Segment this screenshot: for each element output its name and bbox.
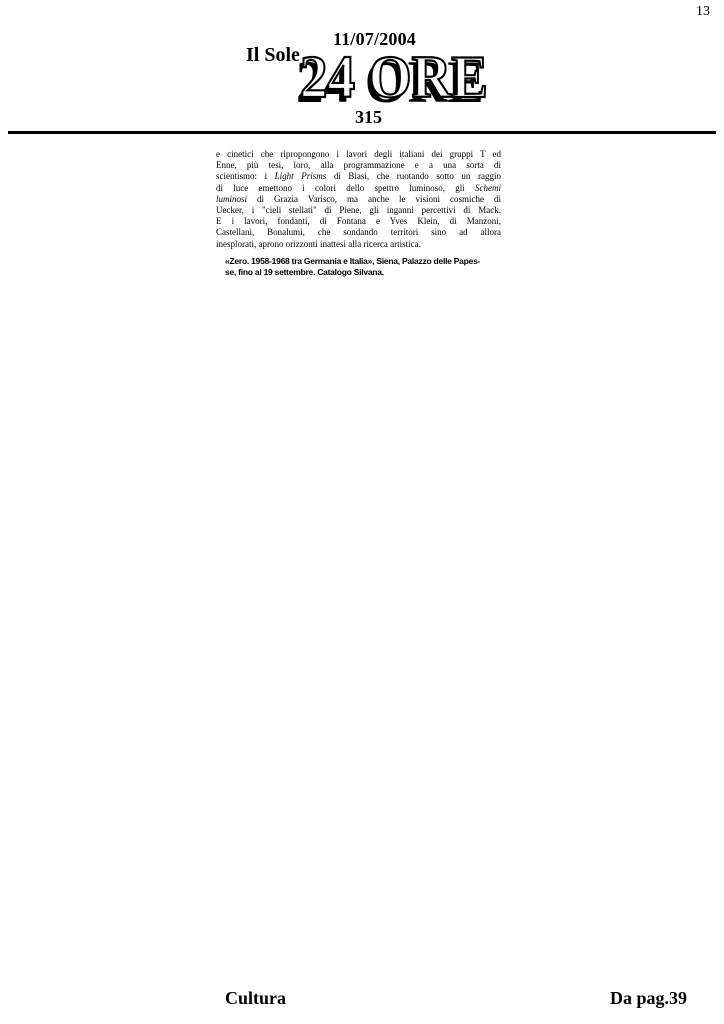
article-text-segment: di luce emettono i colori dello spettro …	[216, 183, 475, 193]
page-footer: Cultura Da pag.39	[225, 988, 687, 1009]
article-text-segment: Castellani, Bonalumi, che sondando terri…	[216, 227, 501, 237]
artwork-title: Light Prisms	[275, 171, 327, 181]
article-line: luminosi di Grazia Varisco, ma anche le …	[216, 194, 501, 205]
exhibition-note-line: «Zero. 1958-1968 tra Germania e Italia»,…	[225, 256, 501, 267]
section-label: Cultura	[225, 988, 286, 1009]
issue-number: 315	[355, 107, 382, 128]
article-line: scientismo: i Light Prisms di Biasi, che…	[216, 171, 501, 182]
article-line: Enne, più tesi, loro, alla programmazion…	[216, 160, 501, 171]
article-line: e cinetici che ripropongono i lavori deg…	[216, 149, 501, 160]
article-text-segment: inesplorati, aprono orizzonti inattesi a…	[216, 239, 421, 249]
article-paragraph: e cinetici che ripropongono i lavori deg…	[216, 149, 501, 250]
article-body: e cinetici che ripropongono i lavori deg…	[216, 149, 501, 278]
artwork-title: Schemi	[475, 183, 501, 193]
artwork-title: luminosi	[216, 194, 247, 204]
article-line: di luce emettono i colori dello spettro …	[216, 183, 501, 194]
article-line: E i lavori, fondanti, di Fontana e Yves …	[216, 216, 501, 227]
article-text-segment: Enne, più tesi, loro, alla programmazion…	[216, 160, 501, 170]
article-text-segment: scientismo: i	[216, 171, 275, 181]
source-page-label: Da pag.39	[610, 988, 687, 1009]
scanned-newspaper-page: 13 11/07/2004 Il Sole 24 ORE 24 ORE 315 …	[0, 0, 724, 1024]
article-text-segment: E i lavori, fondanti, di Fontana e Yves …	[216, 216, 501, 226]
masthead: 11/07/2004 Il Sole 24 ORE 24 ORE 315	[0, 0, 724, 131]
exhibition-note: «Zero. 1958-1968 tra Germania e Italia»,…	[225, 256, 501, 278]
article-line: inesplorati, aprono orizzonti inattesi a…	[216, 239, 501, 250]
sole24ore-logo: 24 ORE 24 ORE	[292, 41, 504, 115]
article-text-segment: e cinetici che ripropongono i lavori deg…	[216, 149, 501, 159]
exhibition-note-line: se, fino al 19 settembre. Catalogo Silva…	[225, 267, 501, 278]
article-text-segment: di Biasi, che ruotando sotto un raggio	[326, 171, 501, 181]
article-line: Castellani, Bonalumi, che sondando terri…	[216, 227, 501, 238]
header-divider	[8, 131, 716, 134]
article-text-segment: Uecker, i "cieli stellati" di Piene, gli…	[216, 205, 501, 215]
article-line: Uecker, i "cieli stellati" di Piene, gli…	[216, 205, 501, 216]
article-text-segment: di Grazia Varisco, ma anche le visioni c…	[247, 194, 501, 204]
sole24ore-logo-face-text: 24 ORE	[300, 44, 488, 110]
